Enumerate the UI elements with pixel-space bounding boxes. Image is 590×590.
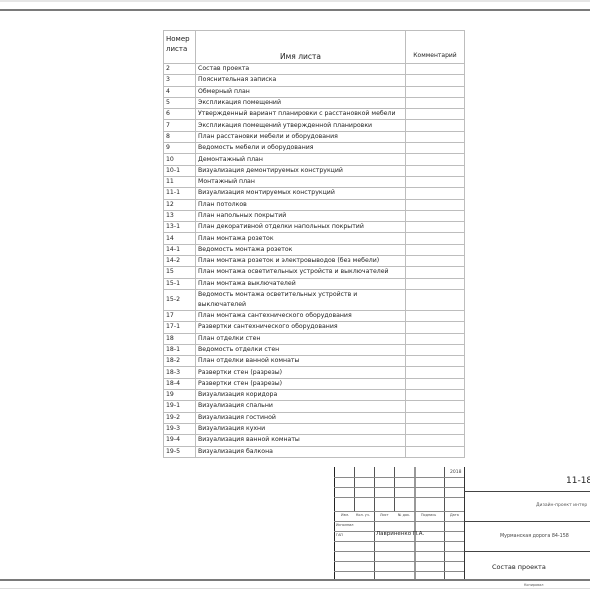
sheet-number-cell: 9 <box>164 143 196 154</box>
sheet-name-cell: Визуализация монтируемых конструкций <box>196 188 406 199</box>
sheet-number-cell: 19-3 <box>164 423 196 434</box>
sheet-name-cell: План монтажа сантехнического оборудовани… <box>196 310 406 321</box>
header-number-line1: Номер <box>166 35 190 43</box>
comment-cell <box>406 120 465 131</box>
drawing-frame-top <box>0 9 590 11</box>
footer-label: Копировал <box>524 583 543 587</box>
tb-line <box>464 467 465 579</box>
header-sheet-name: Имя листа <box>196 31 406 64</box>
tb-role-executor: Исполнил <box>336 523 353 527</box>
sheet-name-cell: Экспликация помещений <box>196 97 406 108</box>
table-row: 15-2Ведомость монтажа осветительных устр… <box>164 289 465 310</box>
sheet-number-cell: 13-1 <box>164 222 196 233</box>
comment-cell <box>406 143 465 154</box>
sheet-number-cell: 18 <box>164 333 196 344</box>
comment-cell <box>406 165 465 176</box>
sheet-name-cell: План монтажа осветительных устройств и в… <box>196 267 406 278</box>
comment-cell <box>406 176 465 187</box>
tb-line <box>334 521 464 522</box>
table-row: 19-1Визуализация спальни <box>164 401 465 412</box>
sheet-number-cell: 11 <box>164 176 196 187</box>
table-row: 5Экспликация помещений <box>164 97 465 108</box>
table-row: 8План расстановки мебели и оборудования <box>164 131 465 142</box>
sheet-number-cell: 19-1 <box>164 401 196 412</box>
table-row: 7Экспликация помещений утвержденной план… <box>164 120 465 131</box>
tb-role-gap: ГАП <box>336 533 343 537</box>
sheet-number-cell: 7 <box>164 120 196 131</box>
sheet-number-cell: 14-2 <box>164 256 196 267</box>
tb-line <box>334 571 464 572</box>
sheet-name-cell: План монтажа выключателей <box>196 278 406 289</box>
comment-cell <box>406 109 465 120</box>
sheet-name-cell: Развертки сантехнического оборудования <box>196 322 406 333</box>
sheet-number-cell: 3 <box>164 75 196 86</box>
comment-cell <box>406 401 465 412</box>
tb-col-izm: Изм. <box>341 513 349 517</box>
sheet-name-cell: План монтажа розеток <box>196 233 406 244</box>
sheet-number-cell: 18-2 <box>164 356 196 367</box>
table-row: 13План напольных покрытий <box>164 210 465 221</box>
table-header-row: Номерлиста Имя листа Комментарий <box>164 31 465 64</box>
sheet-list-table: Номерлиста Имя листа Комментарий 2Состав… <box>163 30 465 458</box>
sheet-name-cell: Ведомость отделки стен <box>196 344 406 355</box>
drawing-frame-bottom <box>0 579 590 581</box>
comment-cell <box>406 256 465 267</box>
title-block: 2018 Изм. Кол. уч. Лист № док. Подпись Д… <box>334 467 590 579</box>
table-row: 14-1Ведомость монтажа розеток <box>164 244 465 255</box>
tb-address: Мурманская дорога 84-158 <box>500 534 569 539</box>
tb-col-podpis: Подпись <box>421 513 436 517</box>
comment-cell <box>406 356 465 367</box>
sheet-name-cell: Ведомость монтажа розеток <box>196 244 406 255</box>
table-row: 2Состав проекта <box>164 64 465 75</box>
comment-cell <box>406 390 465 401</box>
sheet-number-cell: 15-1 <box>164 278 196 289</box>
sheet-name-cell: Демонтажный план <box>196 154 406 165</box>
sheet-name-cell: Состав проекта <box>196 64 406 75</box>
comment-cell <box>406 210 465 221</box>
sheet-number-cell: 17 <box>164 310 196 321</box>
table-row: 6Утвержденный вариант планировки с расст… <box>164 109 465 120</box>
comment-cell <box>406 310 465 321</box>
sheet-name-cell: Развертки стен (разрезы) <box>196 367 406 378</box>
table-row: 18-2План отделки ванной комнаты <box>164 356 465 367</box>
table-row: 14План монтажа розеток <box>164 233 465 244</box>
sheet-number-cell: 15 <box>164 267 196 278</box>
sheet-number-cell: 14-1 <box>164 244 196 255</box>
sheet-name-cell: Визуализация коридора <box>196 390 406 401</box>
sheet-number-cell: 13 <box>164 210 196 221</box>
comment-cell <box>406 222 465 233</box>
table-row: 18План отделки стен <box>164 333 465 344</box>
comment-cell <box>406 412 465 423</box>
tb-line <box>464 521 590 522</box>
table-row: 15-1План монтажа выключателей <box>164 278 465 289</box>
sheet-name-cell: Ведомость мебели и оборудования <box>196 143 406 154</box>
comment-cell <box>406 378 465 389</box>
tb-author: Лавриненко П.А. <box>376 531 424 537</box>
comment-cell <box>406 97 465 108</box>
sheet-name-cell: План расстановки мебели и оборудования <box>196 131 406 142</box>
sheet-name-cell: План декоративной отделки напольных покр… <box>196 222 406 233</box>
sheet-name-cell: Ведомость монтажа осветительных устройст… <box>196 289 406 310</box>
sheet-name-cell: План отделки стен <box>196 333 406 344</box>
comment-cell <box>406 131 465 142</box>
table-row: 17-1Развертки сантехнического оборудован… <box>164 322 465 333</box>
comment-cell <box>406 233 465 244</box>
sheet-number-cell: 10 <box>164 154 196 165</box>
tb-line <box>334 541 464 542</box>
sheet-name-cell: Визуализация балкона <box>196 446 406 457</box>
sheet-name-cell: План напольных покрытий <box>196 210 406 221</box>
tb-col-n-dok: № док. <box>398 513 410 517</box>
tb-line <box>374 467 375 579</box>
header-comment: Комментарий <box>406 31 465 64</box>
sheet-name-cell: Развертки стен (разрезы) <box>196 378 406 389</box>
sheet-name-cell: План отделки ванной комнаты <box>196 356 406 367</box>
sheet-name-cell: План потолков <box>196 199 406 210</box>
sheet-number-cell: 18-4 <box>164 378 196 389</box>
tb-line <box>354 467 355 511</box>
sheet-number-cell: 5 <box>164 97 196 108</box>
tb-col-data: Дата <box>450 513 459 517</box>
table-body: 2Состав проекта3Пояснительная записка4Об… <box>164 64 465 458</box>
sheet-name-cell: Обмерный план <box>196 86 406 97</box>
table-row: 18-4Развертки стен (разрезы) <box>164 378 465 389</box>
table-row: 18-3Развертки стен (разрезы) <box>164 367 465 378</box>
table-row: 13-1План декоративной отделки напольных … <box>164 222 465 233</box>
comment-cell <box>406 278 465 289</box>
sheet-name-cell: План монтажа розеток и электровыводов (б… <box>196 256 406 267</box>
sheet-number-cell: 17-1 <box>164 322 196 333</box>
sheet-name-cell: Визуализация демонтируемых конструкций <box>196 165 406 176</box>
comment-cell <box>406 367 465 378</box>
sheet-number-cell: 14 <box>164 233 196 244</box>
tb-sheet-name: Состав проекта <box>492 563 546 571</box>
table-row: 12План потолков <box>164 199 465 210</box>
table-row: 14-2План монтажа розеток и электровыводо… <box>164 256 465 267</box>
bottom-border-line <box>0 588 590 589</box>
tb-project-code: 11-18 <box>566 476 590 486</box>
sheet-number-cell: 6 <box>164 109 196 120</box>
tb-col-kol-uch: Кол. уч. <box>356 513 370 517</box>
sheet-number-cell: 19-2 <box>164 412 196 423</box>
tb-line <box>334 551 464 552</box>
sheet-name-cell: Визуализация ванной комнаты <box>196 435 406 446</box>
tb-line <box>334 511 464 512</box>
sheet-number-cell: 12 <box>164 199 196 210</box>
table-row: 11Монтажный план <box>164 176 465 187</box>
comment-cell <box>406 435 465 446</box>
header-sheet-number: Номерлиста <box>164 31 196 64</box>
comment-cell <box>406 75 465 86</box>
tb-line <box>464 491 590 492</box>
sheet-number-cell: 18-1 <box>164 344 196 355</box>
table-row: 9Ведомость мебели и оборудования <box>164 143 465 154</box>
comment-cell <box>406 267 465 278</box>
comment-cell <box>406 244 465 255</box>
tb-line <box>334 497 464 498</box>
tb-col-list: Лист <box>380 513 389 517</box>
tb-line <box>394 467 395 511</box>
comment-cell <box>406 322 465 333</box>
sheet-name-cell: Визуализация спальни <box>196 401 406 412</box>
sheet-name-cell: Визуализация гостиной <box>196 412 406 423</box>
comment-cell <box>406 154 465 165</box>
sheet-number-cell: 4 <box>164 86 196 97</box>
sheet-number-cell: 19 <box>164 390 196 401</box>
tb-line <box>334 561 464 562</box>
table-row: 19-5Визуализация балкона <box>164 446 465 457</box>
sheet-number-cell: 2 <box>164 64 196 75</box>
sheet-name-cell: Пояснительная записка <box>196 75 406 86</box>
sheet-number-cell: 18-3 <box>164 367 196 378</box>
table-row: 18-1Ведомость отделки стен <box>164 344 465 355</box>
top-border-line <box>0 0 590 2</box>
table-row: 17План монтажа сантехнического оборудова… <box>164 310 465 321</box>
tb-line <box>334 487 464 488</box>
sheet-number-cell: 10-1 <box>164 165 196 176</box>
table-row: 4Обмерный план <box>164 86 465 97</box>
sheet-number-cell: 19-5 <box>164 446 196 457</box>
table-row: 19Визуализация коридора <box>164 390 465 401</box>
tb-line <box>464 551 590 552</box>
sheet-name-cell: Визуализация кухни <box>196 423 406 434</box>
table-row: 10Демонтажный план <box>164 154 465 165</box>
table-row: 19-4Визуализация ванной комнаты <box>164 435 465 446</box>
tb-project-title: Дизайн-проект интер <box>536 503 587 508</box>
comment-cell <box>406 86 465 97</box>
tb-year: 2018 <box>450 470 461 475</box>
table-row: 19-2Визуализация гостиной <box>164 412 465 423</box>
comment-cell <box>406 64 465 75</box>
sheet-number-cell: 8 <box>164 131 196 142</box>
tb-line <box>334 477 464 478</box>
table-row: 3Пояснительная записка <box>164 75 465 86</box>
comment-cell <box>406 344 465 355</box>
table-row: 11-1Визуализация монтируемых конструкций <box>164 188 465 199</box>
tb-line <box>444 467 445 579</box>
sheet-number-cell: 11-1 <box>164 188 196 199</box>
comment-cell <box>406 333 465 344</box>
sheet-name-cell: Монтажный план <box>196 176 406 187</box>
comment-cell <box>406 289 465 310</box>
table-row: 10-1Визуализация демонтируемых конструкц… <box>164 165 465 176</box>
comment-cell <box>406 423 465 434</box>
sheet-number-cell: 15-2 <box>164 289 196 310</box>
table-row: 19-3Визуализация кухни <box>164 423 465 434</box>
comment-cell <box>406 188 465 199</box>
comment-cell <box>406 199 465 210</box>
table-row: 15План монтажа осветительных устройств и… <box>164 267 465 278</box>
sheet-number-cell: 19-4 <box>164 435 196 446</box>
sheet-name-cell: Утвержденный вариант планировки с расста… <box>196 109 406 120</box>
tb-line <box>334 467 335 579</box>
header-number-line2: листа <box>166 45 187 53</box>
sheet-name-cell: Экспликация помещений утвержденной плани… <box>196 120 406 131</box>
comment-cell <box>406 446 465 457</box>
tb-line <box>414 467 416 579</box>
